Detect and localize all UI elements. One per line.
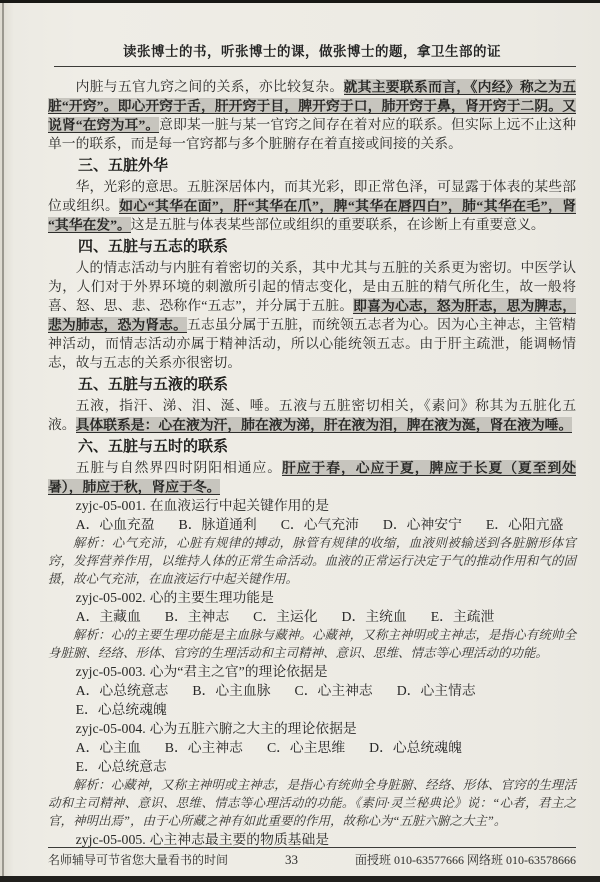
option-item: B．脉道通利	[179, 515, 257, 534]
option-item: A．心总统意志	[76, 681, 169, 700]
option-item: C．主运化	[253, 607, 317, 626]
option-item: C．心主思维	[267, 738, 345, 757]
question-line: zyjc-05-002.心的主要生理功能是	[48, 588, 576, 607]
question-id: zyjc-05-003.	[76, 664, 146, 679]
paragraph: 五脏与自然界四时阴阳相通应。肝应于春，心应于夏，脾应于长夏（夏至到处暑），肺应于…	[48, 458, 576, 496]
question-stem: 心为五脏六腑之大主的理论依据是	[150, 721, 357, 736]
options-row: A．主藏血B．主神志C．主运化D．主统血E．主疏泄	[48, 607, 576, 626]
option-item: A．心血充盈	[76, 515, 155, 534]
page-header: 读张博士的书，听张博士的课，做张博士的题，拿卫生部的证	[48, 0, 576, 67]
page-number: 33	[285, 852, 298, 868]
option-item: A．心主血	[76, 738, 141, 757]
option-item: B．主神志	[165, 607, 229, 626]
question-line: zyjc-05-001.在血液运行中起关键作用的是	[48, 496, 576, 515]
page-footer: 名师辅导可节省您大量看书的时间 33 面授班 010-63577666 网络班 …	[48, 841, 576, 868]
book-page: 读张博士的书，听张博士的课，做张博士的题，拿卫生部的证 内脏与五官九窍之间的关系…	[0, 0, 600, 882]
option-item: C．心气充沛	[281, 515, 359, 534]
section-heading: 六、五脏与五时的联系	[48, 437, 576, 457]
section-heading: 五、五脏与五液的联系	[48, 375, 576, 395]
options-row: A．心血充盈B．脉道通利C．心气充沛D．心神安宁E．心阳亢盛	[48, 515, 576, 534]
paragraph: 华，光彩的意思。五脏深居体内，而其光彩，即正常色泽，可显露于体表的某些部位或组织…	[48, 177, 576, 234]
text-run: 内脏与五官九窍之间的关系，亦比较复杂。	[76, 79, 344, 94]
option-item: B．心主血脉	[192, 681, 270, 700]
footer-row: 名师辅导可节省您大量看书的时间 33 面授班 010-63577666 网络班 …	[48, 851, 576, 868]
option-item: E．主疏泄	[431, 607, 495, 626]
analysis-text: 解析：心的主要生理功能是主血脉与藏神。心藏神，又称主神明或主神志，是指心有统帅全…	[48, 626, 576, 662]
options-row: A．心主血B．心主神志C．心主思维D．心总统魂魄E．心总统意志	[48, 738, 576, 776]
option-item: E．心阳亢盛	[486, 515, 563, 534]
option-item: A．主藏血	[76, 607, 141, 626]
page-body: 内脏与五官九窍之间的关系，亦比较复杂。就其主要联系而言，《内经》称之为五脏“开窍…	[48, 77, 576, 849]
paragraph: 人的情志活动与内脏有着密切的关系，其中尤其与五脏的关系更为密切。中医学认为，人们…	[48, 258, 576, 372]
footer-contact-text: 面授班 010-63577666 网络班 010-63578666	[355, 851, 576, 868]
question-stem: 在血液运行中起关键作用的是	[150, 498, 329, 513]
footer-left-text: 名师辅导可节省您大量看书的时间	[48, 851, 228, 868]
footer-rule	[48, 847, 576, 848]
text-run: 五脏与自然界四时阴阳相通应。	[76, 460, 282, 475]
option-item: D．心总统魂魄	[369, 738, 462, 757]
option-item: D．心神安宁	[383, 515, 462, 534]
scan-edge-top	[0, 0, 600, 3]
question-line: zyjc-05-004.心为五脏六腑之大主的理论依据是	[48, 719, 576, 738]
scanned-page: 读张博士的书，听张博士的课，做张博士的题，拿卫生部的证 内脏与五官九窍之间的关系…	[0, 0, 600, 882]
analysis-text: 解析：心气充沛，心脏有规律的搏动，脉管有规律的收缩，血液则被输送到各脏腑形体官窍…	[48, 534, 576, 588]
scan-edge-left	[2, 3, 4, 876]
paragraph: 五液，指汗、涕、泪、涎、唾。五液与五脏密切相关，《素问》称其为五脏化五液。具体联…	[48, 396, 576, 434]
option-item: B．心主神志	[165, 738, 243, 757]
header-slogan: 读张博士的书，听张博士的课，做张博士的题，拿卫生部的证	[48, 40, 576, 60]
section-heading: 三、五脏外华	[48, 156, 576, 176]
question-id: zyjc-05-004.	[76, 721, 146, 736]
question-id: zyjc-05-001.	[76, 498, 146, 513]
text-run: 这是五脏与体表某些部位或组织的重要联系，在诊断上有重要意义。	[131, 217, 545, 232]
paragraph: 内脏与五官九窍之间的关系，亦比较复杂。就其主要联系而言，《内经》称之为五脏“开窍…	[48, 77, 576, 153]
highlighted-run: 具体联系是：心在液为汗，肺在液为涕，肝在液为泪，脾在液为涎，肾在液为唾。	[76, 417, 573, 434]
option-item: D．心主情志	[397, 681, 476, 700]
question-stem: 心的主要生理功能是	[150, 590, 274, 605]
section-heading: 四、五脏与五志的联系	[48, 237, 576, 257]
option-item: E．心总统意志	[76, 757, 167, 776]
question-line: zyjc-05-003.心为“君主之官”的理论依据是	[48, 662, 576, 681]
options-row: A．心总统意志B．心主血脉C．心主神志D．心主情志E．心总统魂魄	[48, 681, 576, 719]
analysis-text: 解析：心藏神，又称主神明或主神志，是指心有统帅全身脏腑、经络、形体、官窍的生理活…	[48, 776, 576, 830]
question-stem: 心为“君主之官”的理论依据是	[150, 664, 328, 679]
option-item: D．主统血	[342, 607, 407, 626]
option-item: C．心主神志	[295, 681, 373, 700]
option-item: E．心总统魂魄	[76, 700, 167, 719]
header-rule	[54, 66, 576, 67]
scan-edge-bottom	[0, 876, 600, 882]
question-id: zyjc-05-002.	[76, 590, 146, 605]
